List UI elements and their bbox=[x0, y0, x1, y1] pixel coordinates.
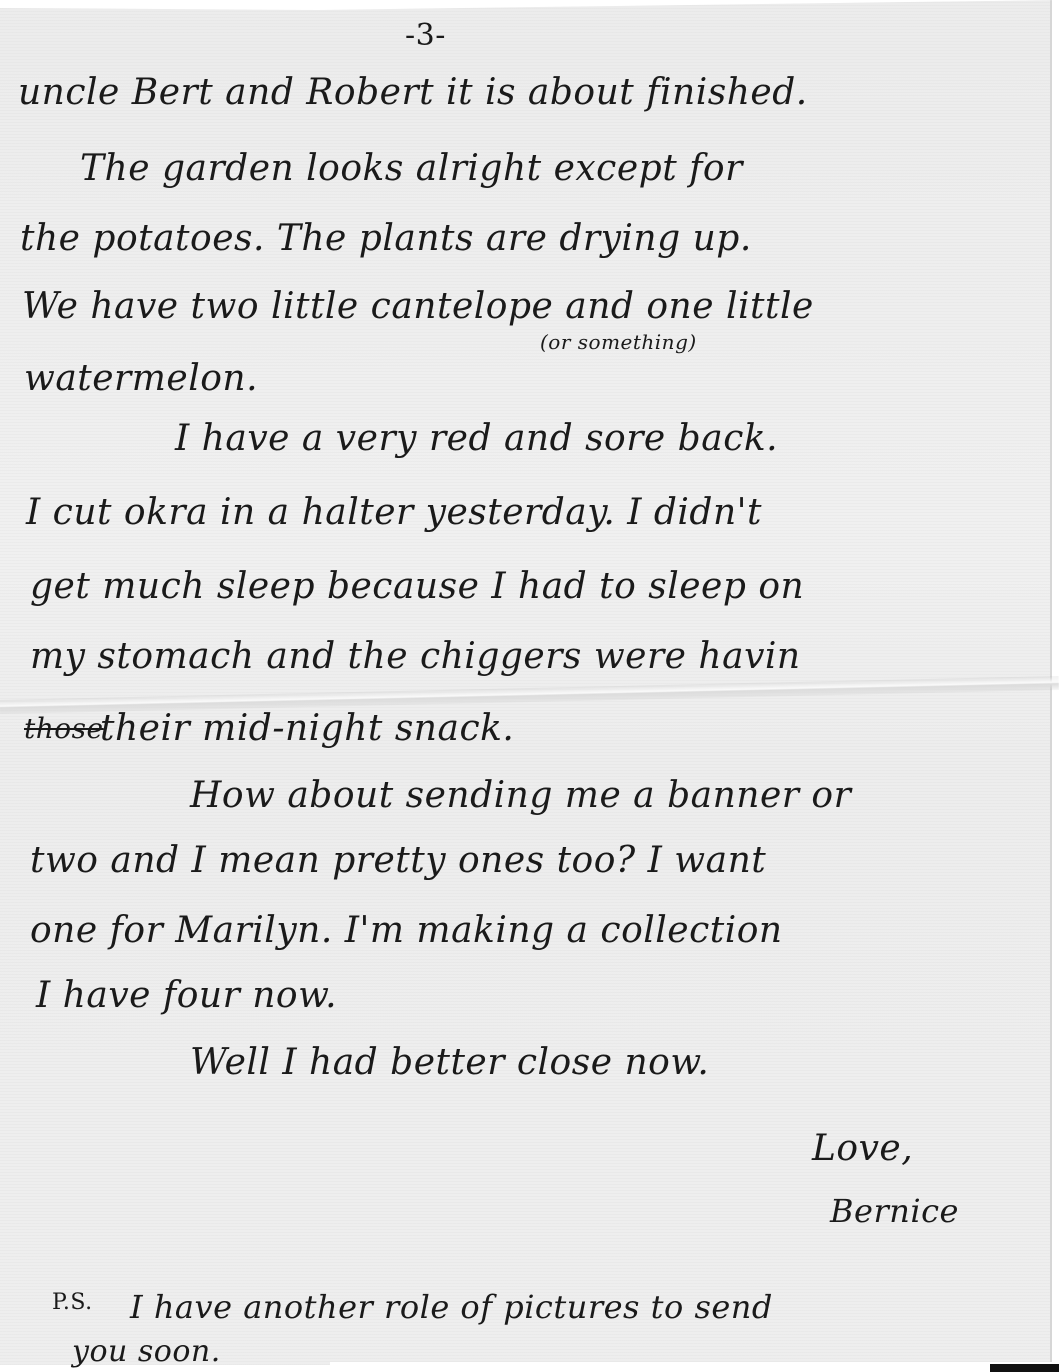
letter-line-2: The garden looks alright except for bbox=[80, 148, 743, 189]
closing: Love, bbox=[812, 1128, 913, 1169]
letter-line-5: watermelon. bbox=[24, 358, 258, 399]
letter-line-3: the potatoes. The plants are drying up. bbox=[20, 218, 752, 259]
scan-edge bbox=[330, 1362, 1059, 1372]
letter-line-9: my stomach and the chiggers were havin bbox=[30, 636, 801, 677]
letter-line-14: I have four now. bbox=[36, 975, 337, 1016]
signature: Bernice bbox=[830, 1192, 959, 1230]
letter-line-15: Well I had better close now. bbox=[190, 1042, 709, 1083]
letter-line-8: get much sleep because I had to sleep on bbox=[30, 566, 804, 607]
page-number: -3- bbox=[405, 18, 446, 53]
letter-line-6: I have a very red and sore back. bbox=[175, 418, 778, 459]
letter-line-12: two and I mean pretty ones too? I want bbox=[30, 840, 766, 881]
letter-line-1: uncle Bert and Robert it is about finish… bbox=[18, 72, 808, 113]
interlinear-note: (or something) bbox=[540, 330, 697, 354]
postscript-line-1: I have another role of pictures to send bbox=[130, 1288, 773, 1326]
letter-line-10: their mid-night snack. bbox=[100, 708, 514, 749]
letter-line-4: We have two little cantelope and one lit… bbox=[22, 286, 814, 327]
letter-line-13: one for Marilyn. I'm making a collection bbox=[30, 910, 783, 951]
struck-word: those bbox=[24, 712, 104, 745]
postscript-label: P.S. bbox=[52, 1290, 93, 1315]
scan-edge-dark bbox=[990, 1364, 1059, 1372]
letter-line-7: I cut okra in a halter yesterday. I didn… bbox=[26, 492, 762, 533]
postscript-line-2: you soon. bbox=[72, 1334, 221, 1369]
letter-line-11: How about sending me a banner or bbox=[190, 775, 851, 816]
